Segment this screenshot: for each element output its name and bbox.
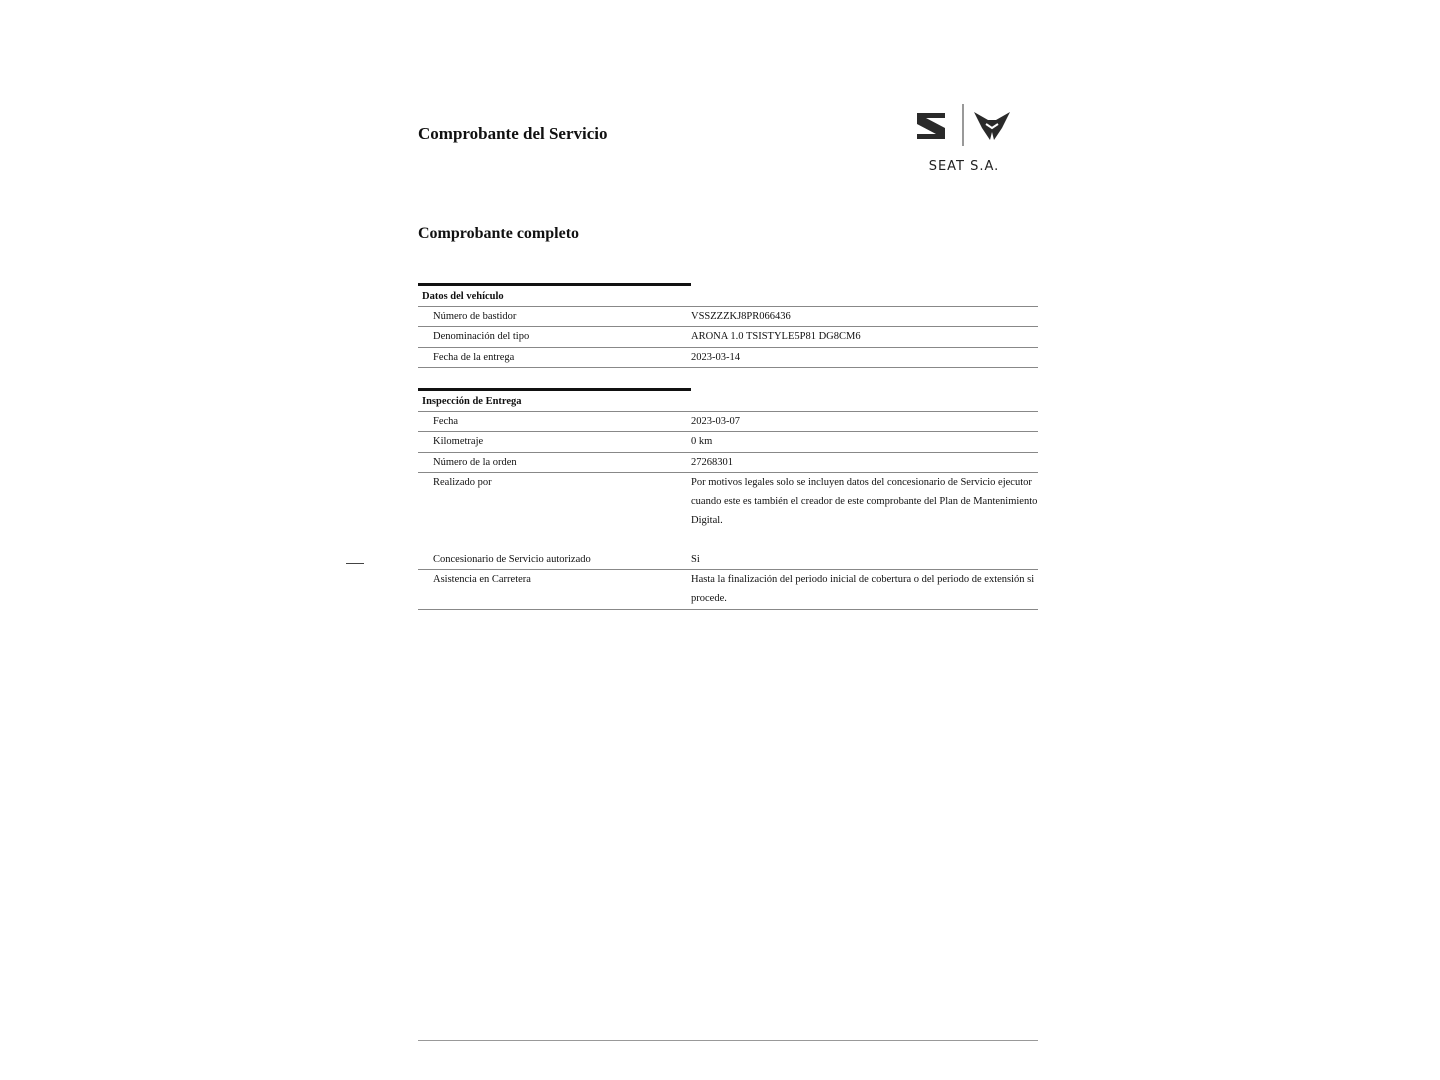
row-value: Por motivos legales solo se incluyen dat… xyxy=(691,473,1038,550)
table-row: Fecha 2023-03-07 xyxy=(418,412,1038,432)
brand-logo: SEAT S.A. xyxy=(912,104,1016,178)
row-label: Número de bastidor xyxy=(418,307,691,326)
footer-divider xyxy=(418,1040,1038,1041)
row-value: Si xyxy=(691,550,1038,569)
row-label: Fecha xyxy=(418,412,691,431)
row-value: 2023-03-07 xyxy=(691,412,1038,431)
table-row: Concesionario de Servicio autorizado Si xyxy=(418,550,1038,570)
row-value: ARONA 1.0 TSISTYLE5P81 DG8CM6 xyxy=(691,327,1038,346)
row-value: 0 km xyxy=(691,432,1038,451)
row-label: Fecha de la entrega xyxy=(418,348,691,367)
inspection-table: Inspección de Entrega Fecha 2023-03-07 K… xyxy=(418,388,1038,610)
table-row: Asistencia en Carretera Hasta la finaliz… xyxy=(418,570,1038,610)
row-value: 27268301 xyxy=(691,453,1038,472)
row-value: VSSZZZKJ8PR066436 xyxy=(691,307,1038,326)
row-label: Número de la orden xyxy=(418,453,691,472)
row-label: Kilometraje xyxy=(418,432,691,451)
table-row: Número de bastidor VSSZZZKJ8PR066436 xyxy=(418,307,1038,327)
inspection-heading: Inspección de Entrega xyxy=(418,391,1038,412)
table-row: Fecha de la entrega 2023-03-14 xyxy=(418,348,1038,368)
row-value: Hasta la finalización del periodo inicia… xyxy=(691,570,1038,609)
table-row: Realizado por Por motivos legales solo s… xyxy=(418,473,1038,550)
vehicle-data-table: Datos del vehículo Número de bastidor VS… xyxy=(418,283,1038,368)
row-label: Denominación del tipo xyxy=(418,327,691,346)
row-label: Asistencia en Carretera xyxy=(418,570,691,609)
row-value: 2023-03-14 xyxy=(691,348,1038,367)
page-title: Comprobante del Servicio xyxy=(418,124,608,144)
company-name: SEAT S.A. xyxy=(912,159,1016,174)
table-row: Kilometraje 0 km xyxy=(418,432,1038,452)
section-title: Comprobante completo xyxy=(418,225,579,243)
table-row: Denominación del tipo ARONA 1.0 TSISTYLE… xyxy=(418,327,1038,347)
row-label: Realizado por xyxy=(418,473,691,550)
cupra-logo-icon xyxy=(972,110,1012,142)
margin-mark xyxy=(346,563,364,564)
row-label: Concesionario de Servicio autorizado xyxy=(418,550,691,569)
table-row: Número de la orden 27268301 xyxy=(418,453,1038,473)
vehicle-heading: Datos del vehículo xyxy=(418,286,1038,307)
